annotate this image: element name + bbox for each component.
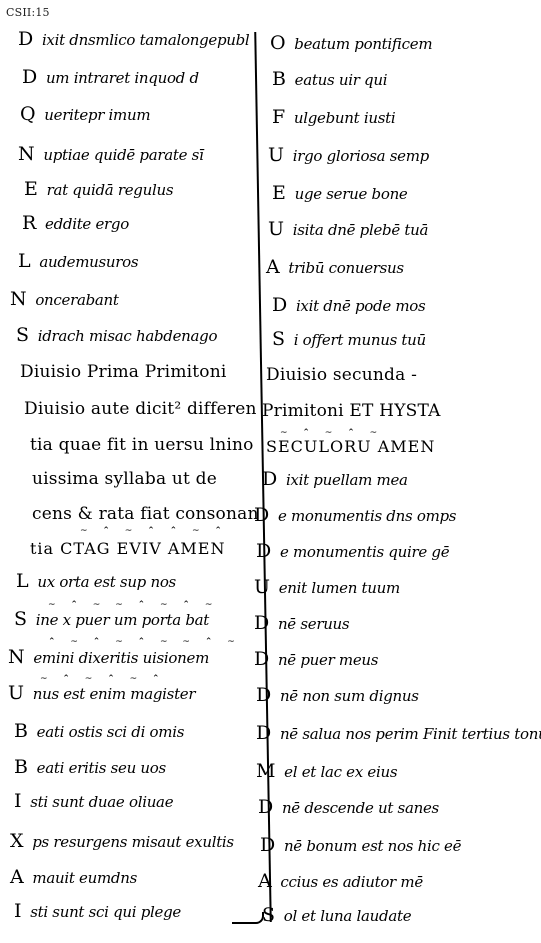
line-text: um intraret inquod d (46, 69, 199, 87)
line-text: irgo gloriosa semp (293, 147, 429, 165)
line-text: nē seruus (278, 615, 349, 633)
line-text: eatus uir qui (295, 71, 388, 89)
initial-letter: A (266, 258, 279, 276)
neume-notation: ~ ⌃ ~ ⌃ ⌃ ~ ⌃ (80, 526, 228, 536)
manuscript-line: Isti sunt duae oliuae (14, 792, 173, 811)
manuscript-line: Mel et lac ex eius (256, 762, 397, 781)
line-text: eati ostis sci di omis (37, 723, 184, 741)
section-heading: Diuisio Prima Primitoni (20, 363, 227, 381)
line-text: ixit puellam mea (286, 471, 408, 489)
manuscript-line: Dum intraret inquod d (22, 68, 199, 87)
manuscript-line: cens & rata fiat consonan (32, 505, 259, 523)
manuscript-line: Dnē descende ut sanes (258, 798, 439, 817)
initial-letter: E (272, 184, 286, 202)
manuscript-line: Dixit puellam mea (262, 470, 408, 489)
manuscript-line: Accius es adiutor mē (258, 872, 423, 891)
manuscript-line: Unus est enim magister (8, 684, 195, 703)
initial-letter: D (256, 542, 271, 560)
manuscript-line: tia CTAG EVIV AMEN (30, 540, 225, 558)
initial-letter: U (8, 684, 24, 702)
initial-letter: D (258, 798, 273, 816)
manuscript-line: Fulgebunt iusti (272, 108, 395, 127)
manuscript-line: Sidrach misac habdenago (16, 326, 217, 345)
initial-letter: I (14, 792, 21, 810)
manuscript-line: Dnē non sum dignus (256, 686, 419, 705)
initial-letter: D (254, 614, 269, 632)
initial-letter: D (22, 68, 37, 86)
initial-letter: F (272, 108, 285, 126)
initial-letter: X (10, 832, 23, 850)
line-text: nus est enim magister (33, 685, 196, 703)
initial-letter: L (18, 252, 30, 270)
line-text: enit lumen tuum (279, 579, 400, 597)
initial-letter: N (18, 145, 34, 163)
line-text: ueritepr imum (44, 106, 150, 124)
line-text: e monumentis dns omps (278, 507, 456, 525)
initial-letter: S (14, 610, 27, 628)
initial-letter: D (260, 836, 275, 854)
line-text: sti sunt duae oliuae (30, 793, 173, 811)
initial-letter: A (10, 868, 23, 886)
manuscript-line: De monumentis quire gē (256, 542, 449, 561)
manuscript-line: Sol et luna laudate (262, 906, 411, 925)
initial-letter: D (256, 686, 271, 704)
manuscript-line: Uenit lumen tuum (254, 578, 400, 597)
initial-letter: D (254, 506, 269, 524)
initial-letter: M (256, 762, 275, 780)
manuscript-line: Dnē seruus (254, 614, 349, 633)
initial-letter: D (256, 724, 271, 742)
line-text: ine x puer um porta bat (36, 611, 209, 629)
line-text: uptiae quidē parate sī (43, 146, 203, 164)
initial-letter: D (262, 470, 277, 488)
initial-letter: R (22, 214, 36, 232)
manuscript-line: Isti sunt sci qui plege (14, 902, 181, 921)
line-text: isita dnē plebē tuā (293, 221, 428, 239)
line-text: audemusuros (39, 253, 138, 271)
line-text: tribū conuersus (288, 259, 403, 277)
line-text: ps resurgens misaut exultis (32, 833, 234, 851)
manuscript-line: Euge serue bone (272, 184, 408, 203)
line-text: emini dixeritis uisionem (33, 649, 209, 667)
line-text: beatum pontificem (294, 35, 432, 53)
line-text: e monumentis quire gē (280, 543, 449, 561)
initial-letter: L (16, 572, 28, 590)
manuscript-line: Amauit eumdns (10, 868, 137, 887)
line-text: oncerabant (35, 291, 118, 309)
initial-letter: S (272, 330, 285, 348)
initial-letter: D (272, 296, 287, 314)
line-text: idrach misac habdenago (38, 327, 218, 345)
manuscript-line: Atribū conuersus (266, 258, 404, 277)
line-text: mauit eumdns (32, 869, 137, 887)
neume-notation: ~ ⌃ ~ ~ ⌃ ~ ⌃ ~ (48, 600, 218, 610)
line-text: nē puer meus (278, 651, 378, 669)
manuscript-line: De monumentis dns omps (254, 506, 456, 525)
manuscript-line: Uisita dnē plebē tuā (268, 220, 428, 239)
initial-letter: O (270, 34, 285, 52)
manuscript-line: Obeatum pontificem (270, 34, 432, 53)
manuscript-line: tia quae fit in uersu lnino (30, 436, 254, 454)
manuscript-line: Dnē puer meus (254, 650, 378, 669)
neume-notation: ⌃ ~ ⌃ ~ ⌃ ~ ~ ⌃ ~ (48, 637, 241, 647)
page-label: CSII:15 (6, 6, 50, 19)
line-text: ulgebunt iusti (294, 109, 395, 127)
initial-letter: S (262, 906, 275, 924)
line-text: nē salua nos perim Finit tertius tonus (280, 725, 541, 743)
initial-letter: S (16, 326, 29, 344)
initial-letter: U (268, 146, 284, 164)
line-text: eati eritis seu uos (37, 759, 166, 777)
line-text: nē descende ut sanes (282, 799, 439, 817)
initial-letter: A (258, 872, 271, 890)
line-text: eddite ergo (45, 215, 129, 233)
line-text: rat quidā regulus (47, 181, 174, 199)
manuscript-line: Laudemusuros (18, 252, 138, 271)
manuscript-line: SECULORU AMEN (266, 438, 435, 456)
manuscript-line: Si offert munus tuū (272, 330, 426, 349)
line-text: el et lac ex eius (284, 763, 397, 781)
initial-letter: U (268, 220, 284, 238)
manuscript-line: Nuptiae quidē parate sī (18, 145, 204, 164)
line-text: nē non sum dignus (280, 687, 419, 705)
manuscript-line: Dixit dnē pode mos (272, 296, 425, 315)
line-text: ux orta est sup nos (37, 573, 176, 591)
initial-letter: N (10, 290, 26, 308)
manuscript-line: Diuisio aute dicit² differen (24, 400, 257, 418)
manuscript-line: Dnē salua nos perim Finit tertius tonus (256, 724, 541, 743)
manuscript-line: Queritepr imum (20, 105, 150, 124)
manuscript-line: Erat quidā regulus (24, 180, 173, 199)
line-text: ol et luna laudate (284, 907, 412, 925)
line-text: sti sunt sci qui plege (30, 903, 181, 921)
manuscript-line: Lux orta est sup nos (16, 572, 176, 591)
manuscript-line: Primitoni ET HYSTA (262, 402, 441, 420)
initial-letter: N (8, 648, 24, 666)
line-text: ccius es adiutor mē (280, 873, 422, 891)
line-text: i offert munus tuū (294, 331, 426, 349)
manuscript-line: Sine x puer um porta bat (14, 610, 209, 629)
manuscript-line: Beati eritis seu uos (14, 758, 166, 777)
line-text: ixit dnē pode mos (296, 297, 426, 315)
manuscript-line: Dixit dnsmlico tamalongepubl (18, 30, 249, 49)
initial-letter: Q (20, 105, 35, 123)
manuscript-line: Nemini dixeritis uisionem (8, 648, 209, 667)
manuscript-line: Reddite ergo (22, 214, 129, 233)
column-divider-foot (232, 912, 264, 924)
initial-letter: D (18, 30, 33, 48)
manuscript-line: Uirgo gloriosa semp (268, 146, 429, 165)
initial-letter: E (24, 180, 38, 198)
section-heading: Diuisio secunda - (266, 366, 417, 384)
initial-letter: D (254, 650, 269, 668)
manuscript-line: uissima syllaba ut de (32, 470, 217, 488)
initial-letter: B (14, 722, 28, 740)
line-text: ixit dnsmlico tamalongepubl (42, 31, 250, 49)
manuscript-line: Beati ostis sci di omis (14, 722, 184, 741)
manuscript-line: Beatus uir qui (272, 70, 387, 89)
line-text: uge serue bone (295, 185, 408, 203)
initial-letter: U (254, 578, 270, 596)
initial-letter: I (14, 902, 21, 920)
initial-letter: B (14, 758, 28, 776)
manuscript-line: Noncerabant (10, 290, 119, 309)
manuscript-line: Dnē bonum est nos hic eē (260, 836, 461, 855)
neume-notation: ~ ⌃ ~ ⌃ ~ ⌃ (40, 674, 166, 684)
manuscript-line: Xps resurgens misaut exultis (10, 832, 234, 851)
line-text: nē bonum est nos hic eē (284, 837, 461, 855)
initial-letter: B (272, 70, 286, 88)
